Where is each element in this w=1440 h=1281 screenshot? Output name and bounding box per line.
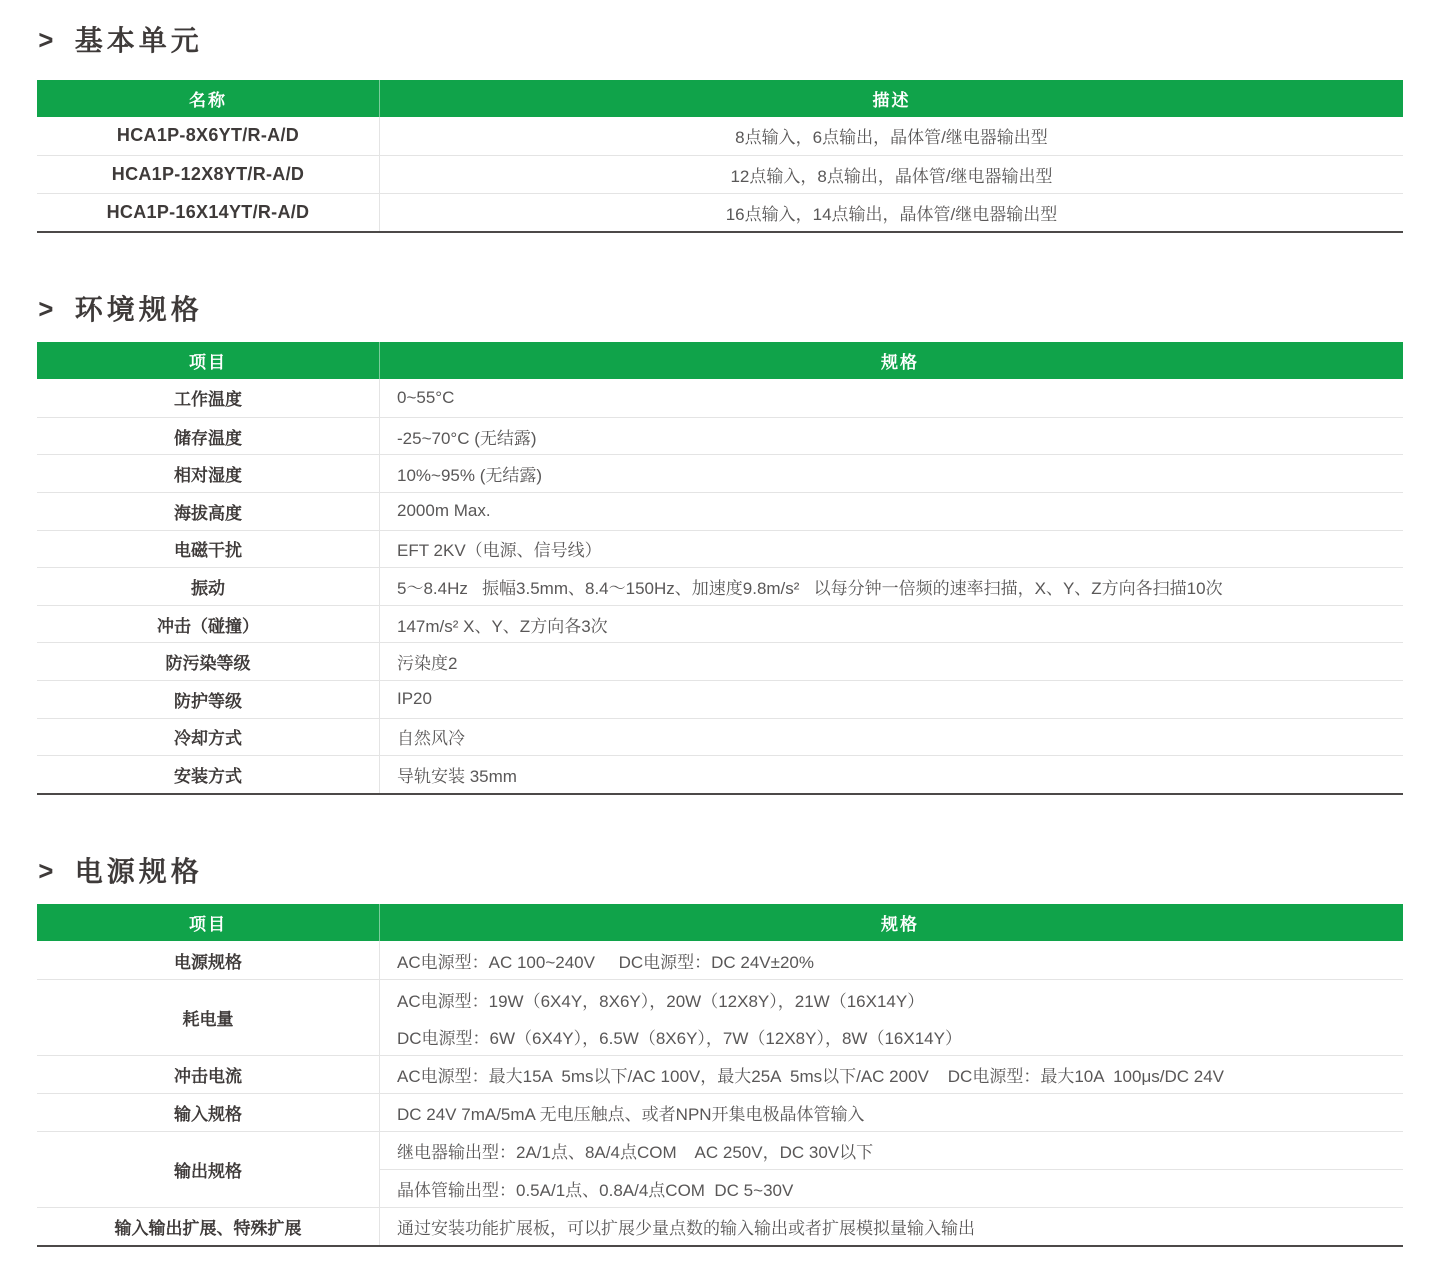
spec-item: 耗电量 <box>37 980 380 1055</box>
table-row: 工作温度 0~55°C <box>37 379 1403 417</box>
table-header-row: 项目 规格 <box>37 904 1403 941</box>
spec-value: IP20 <box>380 681 1403 718</box>
spec-value: DC 24V 7mA/5mA 无电压触点、或者NPN开集电极晶体管输入 <box>380 1094 1403 1131</box>
table-row: 储存温度 -25~70°C (无结露) <box>37 417 1403 455</box>
spec-value-group: AC电源型：19W（6X4Y，8X6Y），20W（12X8Y），21W（16X1… <box>380 980 1403 1055</box>
column-header-spec: 规格 <box>380 342 1403 379</box>
table-row: 安装方式 导轨安装 35mm <box>37 755 1403 793</box>
spec-item: 冲击（碰撞） <box>37 606 380 643</box>
spec-item: 冲击电流 <box>37 1056 380 1093</box>
environment-specs-table: 项目 规格 工作温度 0~55°C 储存温度 -25~70°C (无结露) 相对… <box>37 342 1403 795</box>
spec-item: 相对湿度 <box>37 455 380 492</box>
section-title: 环境规格 <box>75 293 203 327</box>
spec-value: -25~70°C (无结露) <box>380 418 1403 455</box>
power-specs-table: 项目 规格 电源规格 AC电源型：AC 100~240V DC电源型：DC 24… <box>37 904 1403 1247</box>
basic-units-table: 名称 描述 HCA1P-8X6YT/R-A/D 8点输入，6点输出，晶体管/继电… <box>37 80 1403 233</box>
spec-value-line: 晶体管输出型：0.5A/1点、0.8A/4点COM DC 5~30V <box>380 1170 1403 1208</box>
chevron-right-icon: > <box>38 858 53 885</box>
model-name: HCA1P-8X6YT/R-A/D <box>37 117 380 155</box>
section-header: > 基本单元 <box>38 24 1440 58</box>
table-row: 冲击（碰撞） 147m/s² X、Y、Z方向各3次 <box>37 605 1403 643</box>
chevron-right-icon: > <box>38 27 53 54</box>
spec-value: AC电源型：AC 100~240V DC电源型：DC 24V±20% <box>380 941 1403 979</box>
spec-item: 振动 <box>37 568 380 605</box>
model-name: HCA1P-12X8YT/R-A/D <box>37 156 380 193</box>
table-row: HCA1P-12X8YT/R-A/D 12点输入，8点输出，晶体管/继电器输出型 <box>37 155 1403 193</box>
spec-value: 147m/s² X、Y、Z方向各3次 <box>380 606 1403 643</box>
spec-value: 0~55°C <box>380 379 1403 417</box>
spec-value: 自然风冷 <box>380 719 1403 756</box>
spec-value: 污染度2 <box>380 643 1403 680</box>
spec-item: 工作温度 <box>37 379 380 417</box>
section-header: > 环境规格 <box>38 293 1440 327</box>
table-row: 振动 5～8.4Hz 振幅3.5mm、8.4～150Hz、加速度9.8m/s² … <box>37 567 1403 605</box>
column-header-item: 项目 <box>37 904 380 941</box>
spec-value-group: 继电器输出型：2A/1点、8A/4点COM AC 250V，DC 30V以下 晶… <box>380 1132 1403 1207</box>
model-description: 12点输入，8点输出，晶体管/继电器输出型 <box>380 156 1403 193</box>
table-header-row: 项目 规格 <box>37 342 1403 379</box>
spec-item: 电源规格 <box>37 941 380 979</box>
spec-item: 输入输出扩展、特殊扩展 <box>37 1208 380 1245</box>
model-description: 8点输入，6点输出，晶体管/继电器输出型 <box>380 117 1403 155</box>
spec-value: 10%~95% (无结露) <box>380 455 1403 492</box>
spec-item: 输出规格 <box>37 1132 380 1207</box>
section-basic-units: > 基本单元 名称 描述 HCA1P-8X6YT/R-A/D 8点输入，6点输出… <box>0 24 1440 233</box>
section-environment-specs: > 环境规格 项目 规格 工作温度 0~55°C 储存温度 -25~70°C (… <box>0 293 1440 795</box>
column-header-description: 描述 <box>380 80 1403 117</box>
spec-value: 通过安装功能扩展板，可以扩展少量点数的输入输出或者扩展模拟量输入输出 <box>380 1208 1403 1245</box>
section-title: 电源规格 <box>75 855 203 889</box>
column-header-name: 名称 <box>37 80 380 117</box>
spec-item: 电磁干扰 <box>37 531 380 568</box>
spec-item: 输入规格 <box>37 1094 380 1131</box>
table-row: 防护等级 IP20 <box>37 680 1403 718</box>
spec-item: 冷却方式 <box>37 719 380 756</box>
chevron-right-icon: > <box>38 296 53 323</box>
table-row: 冲击电流 AC电源型：最大15A 5ms以下/AC 100V，最大25A 5ms… <box>37 1055 1403 1093</box>
table-row: 相对湿度 10%~95% (无结露) <box>37 454 1403 492</box>
table-row: HCA1P-8X6YT/R-A/D 8点输入，6点输出，晶体管/继电器输出型 <box>37 117 1403 155</box>
table-row: 输入输出扩展、特殊扩展 通过安装功能扩展板，可以扩展少量点数的输入输出或者扩展模… <box>37 1207 1403 1245</box>
column-header-item: 项目 <box>37 342 380 379</box>
spec-value: AC电源型：最大15A 5ms以下/AC 100V，最大25A 5ms以下/AC… <box>380 1056 1403 1093</box>
spec-item: 防护等级 <box>37 681 380 718</box>
section-title: 基本单元 <box>75 24 203 58</box>
spec-item: 海拔高度 <box>37 493 380 530</box>
spec-value: 2000m Max. <box>380 493 1403 530</box>
spec-value-line: 继电器输出型：2A/1点、8A/4点COM AC 250V，DC 30V以下 <box>380 1132 1403 1170</box>
spec-value-line: AC电源型：19W（6X4Y，8X6Y），20W（12X8Y），21W（16X1… <box>380 980 1403 1018</box>
spec-value-line: DC电源型：6W（6X4Y），6.5W（8X6Y），7W（12X8Y），8W（1… <box>380 1018 1403 1056</box>
table-header-row: 名称 描述 <box>37 80 1403 117</box>
table-row: HCA1P-16X14YT/R-A/D 16点输入，14点输出，晶体管/继电器输… <box>37 193 1403 231</box>
spec-item: 安装方式 <box>37 756 380 793</box>
table-row: 输出规格 继电器输出型：2A/1点、8A/4点COM AC 250V，DC 30… <box>37 1131 1403 1207</box>
model-description: 16点输入，14点输出，晶体管/继电器输出型 <box>380 194 1403 231</box>
table-row: 耗电量 AC电源型：19W（6X4Y，8X6Y），20W（12X8Y），21W（… <box>37 979 1403 1055</box>
table-row: 防污染等级 污染度2 <box>37 642 1403 680</box>
spec-value: 导轨安装 35mm <box>380 756 1403 793</box>
spec-value: 5～8.4Hz 振幅3.5mm、8.4～150Hz、加速度9.8m/s² 以每分… <box>380 568 1403 605</box>
table-row: 海拔高度 2000m Max. <box>37 492 1403 530</box>
section-power-specs: > 电源规格 项目 规格 电源规格 AC电源型：AC 100~240V DC电源… <box>0 855 1440 1248</box>
table-row: 电源规格 AC电源型：AC 100~240V DC电源型：DC 24V±20% <box>37 941 1403 979</box>
table-row: 电磁干扰 EFT 2KV（电源、信号线） <box>37 530 1403 568</box>
spec-item: 防污染等级 <box>37 643 380 680</box>
spec-value: EFT 2KV（电源、信号线） <box>380 531 1403 568</box>
column-header-spec: 规格 <box>380 904 1403 941</box>
table-row: 输入规格 DC 24V 7mA/5mA 无电压触点、或者NPN开集电极晶体管输入 <box>37 1093 1403 1131</box>
table-row: 冷却方式 自然风冷 <box>37 718 1403 756</box>
model-name: HCA1P-16X14YT/R-A/D <box>37 194 380 231</box>
section-header: > 电源规格 <box>38 855 1440 889</box>
spec-item: 储存温度 <box>37 418 380 455</box>
